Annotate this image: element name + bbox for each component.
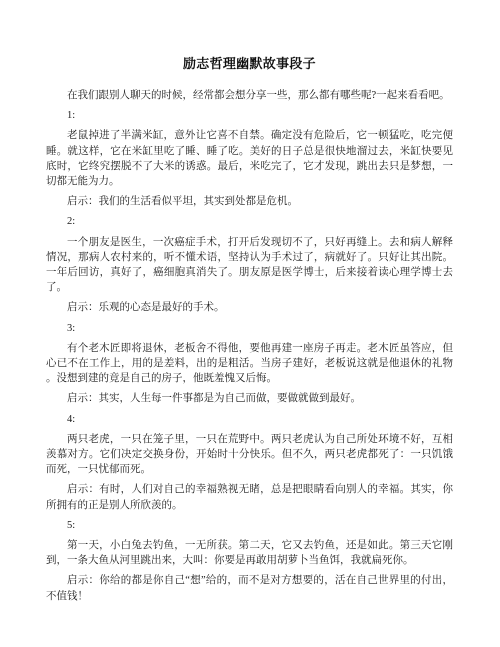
intro-paragraph: 在我们跟别人聊天的时候，经常都会想分享一些，那么都有哪些呢?一起来看看吧。 [46,88,453,103]
section-3-story: 有个老木匠即将退休，老板舍不得他，要他再建一座房子再走。老木匠虽答应，但心已不在… [46,341,453,387]
section-4-moral: 启示：有时，人们对自己的幸福熟视无睹，总是把眼睛看向别人的幸福。其实，你所拥有的… [46,482,453,512]
section-1-number: 1: [46,108,453,123]
section-1-story: 老鼠掉进了半满米缸，意外让它喜不自禁。确定没有危险后，它一顿猛吃，吃完便睡。就这… [46,128,453,189]
document-page: 励志哲理幽默故事段子 在我们跟别人聊天的时候，经常都会想分享一些，那么都有哪些呢… [0,0,500,647]
section-2-number: 2: [46,214,453,229]
section-3-number: 3: [46,321,453,336]
section-5-number: 5: [46,518,453,533]
section-4-story: 两只老虎，一只在笼子里，一只在荒野中。两只老虎认为自己所处环境不好，互相羡慕对方… [46,432,453,478]
section-1-moral: 启示：我们的生活看似平坦，其实到处都是危机。 [46,194,453,209]
section-2-moral: 启示：乐观的心态是最好的手术。 [46,300,453,315]
section-4-number: 4: [46,412,453,427]
page-title: 励志哲理幽默故事段子 [46,53,453,72]
section-5-moral: 启示：你给的都是你自己“想”给的，而不是对方想要的，活在自己世界里的付出，不值钱… [46,573,453,603]
section-5-story: 第一天，小白兔去钓鱼，一无所获。第二天，它又去钓鱼，还是如此。第三天它刚到，一条… [46,538,453,568]
section-3-moral: 启示：其实，人生每一件事都是为自己而做，要做就做到最好。 [46,391,453,406]
section-2-story: 一个朋友是医生，一次癌症手术，打开后发现切不了，只好再缝上。去和病人解释情况，那… [46,235,453,296]
